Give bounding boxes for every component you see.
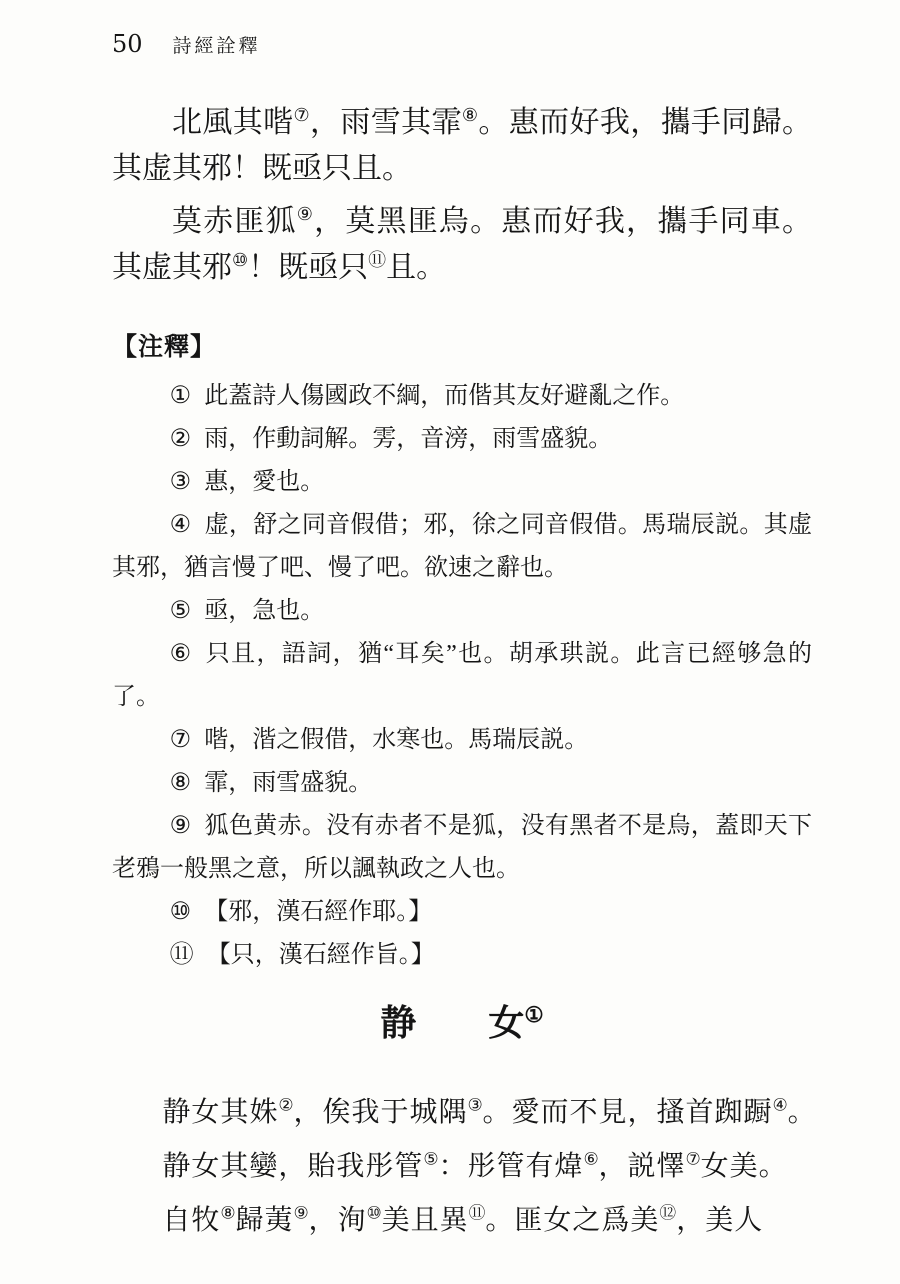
annotation-item: ⑪【只，漢石經作旨。】: [112, 934, 812, 977]
running-head-book-title: 詩經詮釋: [173, 31, 261, 58]
annotation-item: ⑧霏，雨雪盛貌。: [112, 762, 812, 805]
poem-line: 自牧⑧歸荑⑨，洵⑩美且異⑪。匪女之爲美⑫，美人: [112, 1193, 812, 1247]
note-number: ⑤: [170, 598, 192, 624]
note-number: ②: [170, 426, 192, 452]
note-text: 喈，湝之假借，水寒也。馬瑞辰説。: [204, 727, 588, 753]
poem-stanza: 莫赤匪狐⑨，莫黑匪烏。惠而好我，攜手同車。其虚其邪⑩！既亟只⑪且。: [112, 199, 812, 291]
note-ref-mark: ③: [467, 1095, 482, 1115]
note-ref-mark: ⑤: [423, 1149, 438, 1169]
poem-jingnv-section: 静女其姝②，俟我于城隅③。愛而不見，搔首踟蹰④。 静女其孌，貽我彤管⑤：彤管有煒…: [112, 1085, 812, 1247]
note-text: 只且，語詞，猶“耳矣”也。胡承珙説。此言已經够急的了。: [112, 641, 812, 710]
note-ref-mark: ⑩: [367, 1203, 382, 1223]
title-char: 静: [380, 1003, 416, 1043]
note-text: 【只，漢石經作旨。】: [207, 942, 435, 968]
note-text: 亟，急也。: [204, 598, 324, 624]
note-number: ⑥: [170, 641, 193, 667]
title-char: 女: [488, 1003, 524, 1043]
poem-jingnv-title: 静女①: [112, 1001, 812, 1045]
note-ref-mark: ⑦: [686, 1149, 701, 1169]
note-ref-mark: ④: [773, 1095, 788, 1115]
annotations-section: 【注釋】 ①此蓋詩人傷國政不綱，而偕其友好避亂之作。 ②雨，作動詞解。雱，音滂，…: [112, 327, 812, 977]
note-ref-mark: ⑩: [232, 250, 248, 271]
note-ref-mark: ⑫: [659, 1203, 676, 1223]
note-ref-mark: ⑪: [368, 250, 386, 271]
poem-line: 静女其姝②，俟我于城隅③。愛而不見，搔首踟蹰④。: [112, 1085, 812, 1139]
note-text: 此蓋詩人傷國政不綱，而偕其友好避亂之作。: [204, 383, 684, 409]
annotations-heading: 【注釋】: [112, 327, 812, 363]
note-number: ④: [170, 512, 192, 538]
note-number: ①: [170, 383, 192, 409]
note-text: 狐色黄赤。没有赤者不是狐，没有黑者不是烏，蓋即天下老鴉一般黑之意，所以諷執政之人…: [112, 813, 812, 882]
note-text: 雨，作動詞解。雱，音滂，雨雪盛貌。: [204, 426, 612, 452]
annotation-item: ⑨狐色黄赤。没有赤者不是狐，没有黑者不是烏，蓋即天下老鴉一般黑之意，所以諷執政之…: [112, 805, 812, 891]
note-number: ⑦: [170, 727, 192, 753]
note-text: 【邪，漢石經作耶。】: [204, 899, 432, 925]
annotation-item: ③惠，愛也。: [112, 461, 812, 504]
note-number: ⑨: [170, 813, 192, 839]
note-ref-mark: ⑪: [469, 1203, 486, 1223]
note-number: ③: [170, 469, 192, 495]
annotation-item: ⑦喈，湝之假借，水寒也。馬瑞辰説。: [112, 719, 812, 762]
note-ref-mark: ⑥: [583, 1149, 598, 1169]
note-number: ⑧: [170, 770, 192, 796]
annotation-item: ⑤亟，急也。: [112, 590, 812, 633]
note-ref-mark: ⑧: [462, 105, 479, 126]
annotation-item: ①此蓋詩人傷國政不綱，而偕其友好避亂之作。: [112, 375, 812, 418]
annotation-item: ⑥只且，語詞，猶“耳矣”也。胡承珙説。此言已經够急的了。: [112, 633, 812, 719]
note-number: ⑩: [170, 899, 192, 925]
book-page: 50 詩經詮釋 北風其喈⑦，雨雪其霏⑧。惠而好我，攜手同歸。其虚其邪！既亟只且。…: [0, 0, 900, 1284]
note-text: 虚，舒之同音假借；邪，徐之同音假借。馬瑞辰説。其虚其邪，猶言慢了吧、慢了吧。欲速…: [112, 512, 812, 581]
annotation-item: ⑩【邪，漢石經作耶。】: [112, 891, 812, 934]
note-ref-mark: ⑨: [297, 204, 314, 225]
note-ref-mark: ②: [278, 1095, 293, 1115]
note-number: ⑪: [170, 942, 194, 968]
note-ref-mark: ⑦: [293, 105, 310, 126]
note-ref-mark: ⑧: [220, 1203, 235, 1223]
note-ref-mark: ①: [524, 1003, 543, 1027]
poem-line: 静女其孌，貽我彤管⑤：彤管有煒⑥，説懌⑦女美。: [112, 1139, 812, 1193]
page-number: 50: [112, 30, 143, 58]
poem-beifeng-section: 北風其喈⑦，雨雪其霏⑧。惠而好我，攜手同歸。其虚其邪！既亟只且。 莫赤匪狐⑨，莫…: [112, 100, 812, 291]
annotation-item: ④虚，舒之同音假借；邪，徐之同音假借。馬瑞辰説。其虚其邪，猶言慢了吧、慢了吧。欲…: [112, 504, 812, 590]
poem-stanza: 北風其喈⑦，雨雪其霏⑧。惠而好我，攜手同歸。其虚其邪！既亟只且。: [112, 100, 812, 192]
note-text: 霏，雨雪盛貌。: [204, 770, 372, 796]
page-header: 50 詩經詮釋: [112, 30, 812, 58]
note-text: 惠，愛也。: [204, 469, 324, 495]
annotation-item: ②雨，作動詞解。雱，音滂，雨雪盛貌。: [112, 418, 812, 461]
note-ref-mark: ⑨: [293, 1203, 308, 1223]
